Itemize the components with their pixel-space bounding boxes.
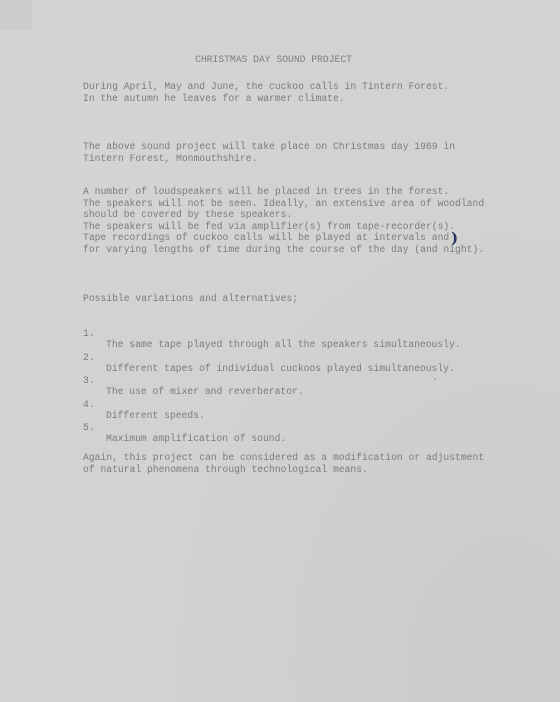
- paper-smudge: [0, 0, 32, 30]
- list-text: Different tapes of individual cuckoos pl…: [106, 363, 455, 374]
- list-text: The same tape played through all the spe…: [106, 339, 461, 350]
- paper-speck: [434, 378, 436, 380]
- paragraph-loudspeakers: A number of loudspeakers will be placed …: [83, 186, 484, 256]
- list-text: Maximum amplification of sound.: [106, 433, 286, 444]
- list-text: The use of mixer and reverberator.: [106, 386, 304, 397]
- paragraph-closing: Again, this project can be considered as…: [83, 452, 484, 475]
- text-line: A number of loudspeakers will be placed …: [83, 186, 484, 198]
- handwritten-parenthesis-correction: ): [451, 231, 458, 245]
- heading-text: Possible variations and alternatives;: [83, 293, 298, 305]
- text-line: During April, May and June, the cuckoo c…: [83, 81, 449, 93]
- typed-document-page: CHRISTMAS DAY SOUND PROJECT During April…: [0, 0, 560, 702]
- variations-heading: Possible variations and alternatives;: [83, 293, 298, 305]
- list-number: 4.: [83, 399, 103, 410]
- text-line: The speakers will be fed via amplifier(s…: [83, 221, 484, 233]
- paragraph-cuckoo-season: During April, May and June, the cuckoo c…: [83, 81, 449, 104]
- list-number: 1.: [83, 328, 103, 339]
- text-line: Tintern Forest, Monmouthshire.: [83, 153, 455, 165]
- text-line: In the autumn he leaves for a warmer cli…: [83, 93, 449, 105]
- text-line: The speakers will not be seen. Ideally, …: [83, 198, 484, 210]
- list-number: 3.: [83, 375, 103, 386]
- list-number: 2.: [83, 352, 103, 363]
- document-title: CHRISTMAS DAY SOUND PROJECT: [195, 54, 352, 65]
- list-text: Different speeds.: [106, 410, 205, 421]
- text-line: Again, this project can be considered as…: [83, 452, 484, 464]
- text-line: Tape recordings of cuckoo calls will be …: [83, 232, 484, 244]
- text-line: The above sound project will take place …: [83, 141, 455, 153]
- text-line: for varying lengths of time during the c…: [83, 244, 484, 256]
- list-item: 5. Maximum amplification of sound.: [83, 411, 118, 455]
- text-line: should be covered by these speakers.: [83, 209, 484, 221]
- list-number: 5.: [83, 422, 103, 433]
- text-line: of natural phenomena through technologic…: [83, 464, 484, 476]
- paragraph-project-date-location: The above sound project will take place …: [83, 141, 455, 164]
